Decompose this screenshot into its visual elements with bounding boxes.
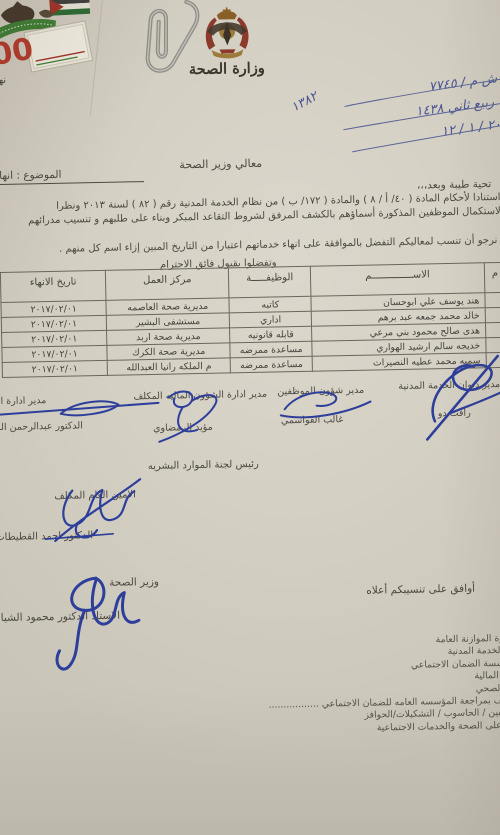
subject-line: الموضوع : انهاء خدمة مبكر <box>0 167 144 186</box>
col-seq: م <box>484 262 500 292</box>
signatory-title-civil-service: مدير ديوان الخدمة المدنية <box>398 379 500 392</box>
minister-title: وزير الصحة <box>109 576 159 589</box>
col-job: الوظيفـــــة <box>229 266 311 298</box>
signatory-name-admin: الدكتور عبدالرحمن السعد <box>0 420 83 433</box>
signatory-name-personnel: غالب القواسمي <box>281 414 344 426</box>
handwritten-notes: م ش م / ٧٧٤٥ ١٢ ربيع ثاني ١٤٣٨ ٢٠١٧ / ١ … <box>334 66 500 156</box>
signatory-title-finance: مدير ادارة الشؤون الماليه المكلف <box>133 389 267 403</box>
centennial-logo-icon: 00 <box>0 0 114 93</box>
minister-name: الاستاذ الدكتور محمود الشياب <box>0 610 120 625</box>
salutation: معالي وزير الصحة <box>146 156 296 172</box>
body-line-4: نرجو أن تنسب لمعاليكم التفضل بالموافقة ع… <box>59 235 497 255</box>
cc-distribution-list: مدير عام دائرة الموازنة العامة رئيس ديوا… <box>251 632 500 737</box>
col-name: الاســــــــــــــم <box>310 263 484 296</box>
sg-title: الامين العام المكلف <box>54 489 136 502</box>
handwriting-underlines <box>334 66 500 159</box>
scanned-document-photo: 00 نهى وزارة الصحة ١٣٨٢ م ش م / ٧٧ <box>0 0 500 835</box>
signatory-name-civil-service: رافت دو <box>438 408 471 420</box>
greeting: تحية طيبة وبعد،،، <box>417 178 491 191</box>
approval-note: أوافق على تنسيبكم أعلاه <box>366 583 475 597</box>
handwritten-ref-number: ١٣٨٢ <box>289 89 321 115</box>
employees-table: م الاســــــــــــــم الوظيفـــــة مركز … <box>0 262 500 378</box>
signatory-name-finance: مؤيد الرمضاوي <box>153 422 213 434</box>
paperclip-icon <box>126 0 206 82</box>
col-center: مركز العمل <box>105 268 229 300</box>
hr-chair-title: رئيس لجنة الموارد البشريه <box>148 459 259 472</box>
col-date: تاريخ الانهاء <box>0 270 106 302</box>
signatory-title-admin: مدير ادارة الشؤون الادارية <box>0 395 46 408</box>
signatory-title-personnel: مدير شؤون الموظفين <box>277 385 364 398</box>
sg-name: الدكتور احمد القطيطات <box>0 530 93 543</box>
coat-of-arms-icon <box>199 5 256 62</box>
